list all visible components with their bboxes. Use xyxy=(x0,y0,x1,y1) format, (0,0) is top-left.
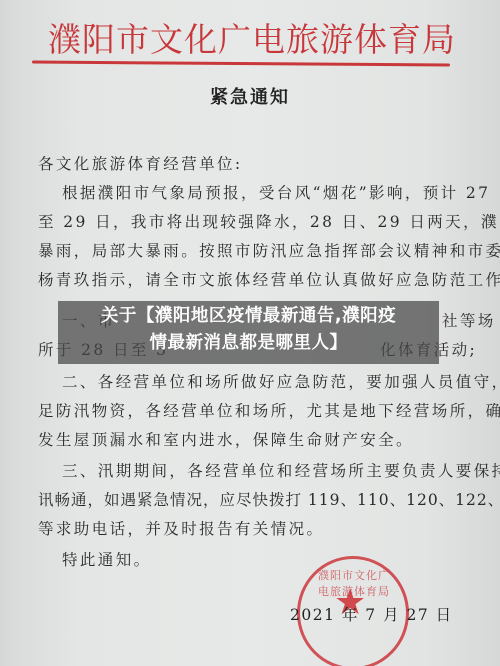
caption-line-2: 情最新消息都是哪里人】 xyxy=(58,330,439,357)
paragraph-line: 至 29 日，我市将出现较强降水，28 日、29 日两天，濮阳有大到 xyxy=(38,210,500,232)
item3-line: 讯畅通，如遇紧急情况，应尽快拨打 119、110、120、122、12345 xyxy=(38,488,500,510)
item2-line: 二、各经营单位和场所做好应急防范，要加强人员值守，备 xyxy=(62,370,500,392)
item2-line: 足防汛物资，各经营单位和场所，尤其是地下经营场所，确保不 xyxy=(38,399,500,421)
paragraph-line: 杨青玖指示，请全市文旅体经营单位认真做好应急防范工作: xyxy=(38,268,500,290)
item3-line: 三、汛期期间，各经营单位和经营场所主要负责人要保持通 xyxy=(62,459,500,481)
paragraph-line: 暴雨，局部大暴雨。按照市防汛应急指挥部会议精神和市委书记 xyxy=(38,239,500,261)
paragraph-line: 根据濮阳市气象局预报，受台风“烟花”影响，预计 27 日 xyxy=(62,181,500,203)
closing-line: 特此通知。 xyxy=(62,548,152,570)
salutation: 各文化旅游体育经营单位: xyxy=(38,152,243,174)
item2-line: 发生屋顶漏水和室内进水，保障生命财产安全。 xyxy=(38,428,414,450)
caption-line-1: 关于【濮阳地区疫情最新通告,濮阳疫 xyxy=(58,303,439,330)
caption-overlay: 关于【濮阳地区疫情最新通告,濮阳疫 情最新消息都是哪里人】 xyxy=(58,303,439,357)
issuer-header: 濮阳市文化广电旅游体育局 xyxy=(48,18,438,62)
document-date: 2021 年 7 月 27 日 xyxy=(290,603,453,625)
item1-line1-suffix: 社等场 xyxy=(442,309,496,331)
item3-line: 等求助电话，并及时报告有关情况。 xyxy=(38,517,324,539)
document-title: 紧急通知 xyxy=(0,83,500,109)
